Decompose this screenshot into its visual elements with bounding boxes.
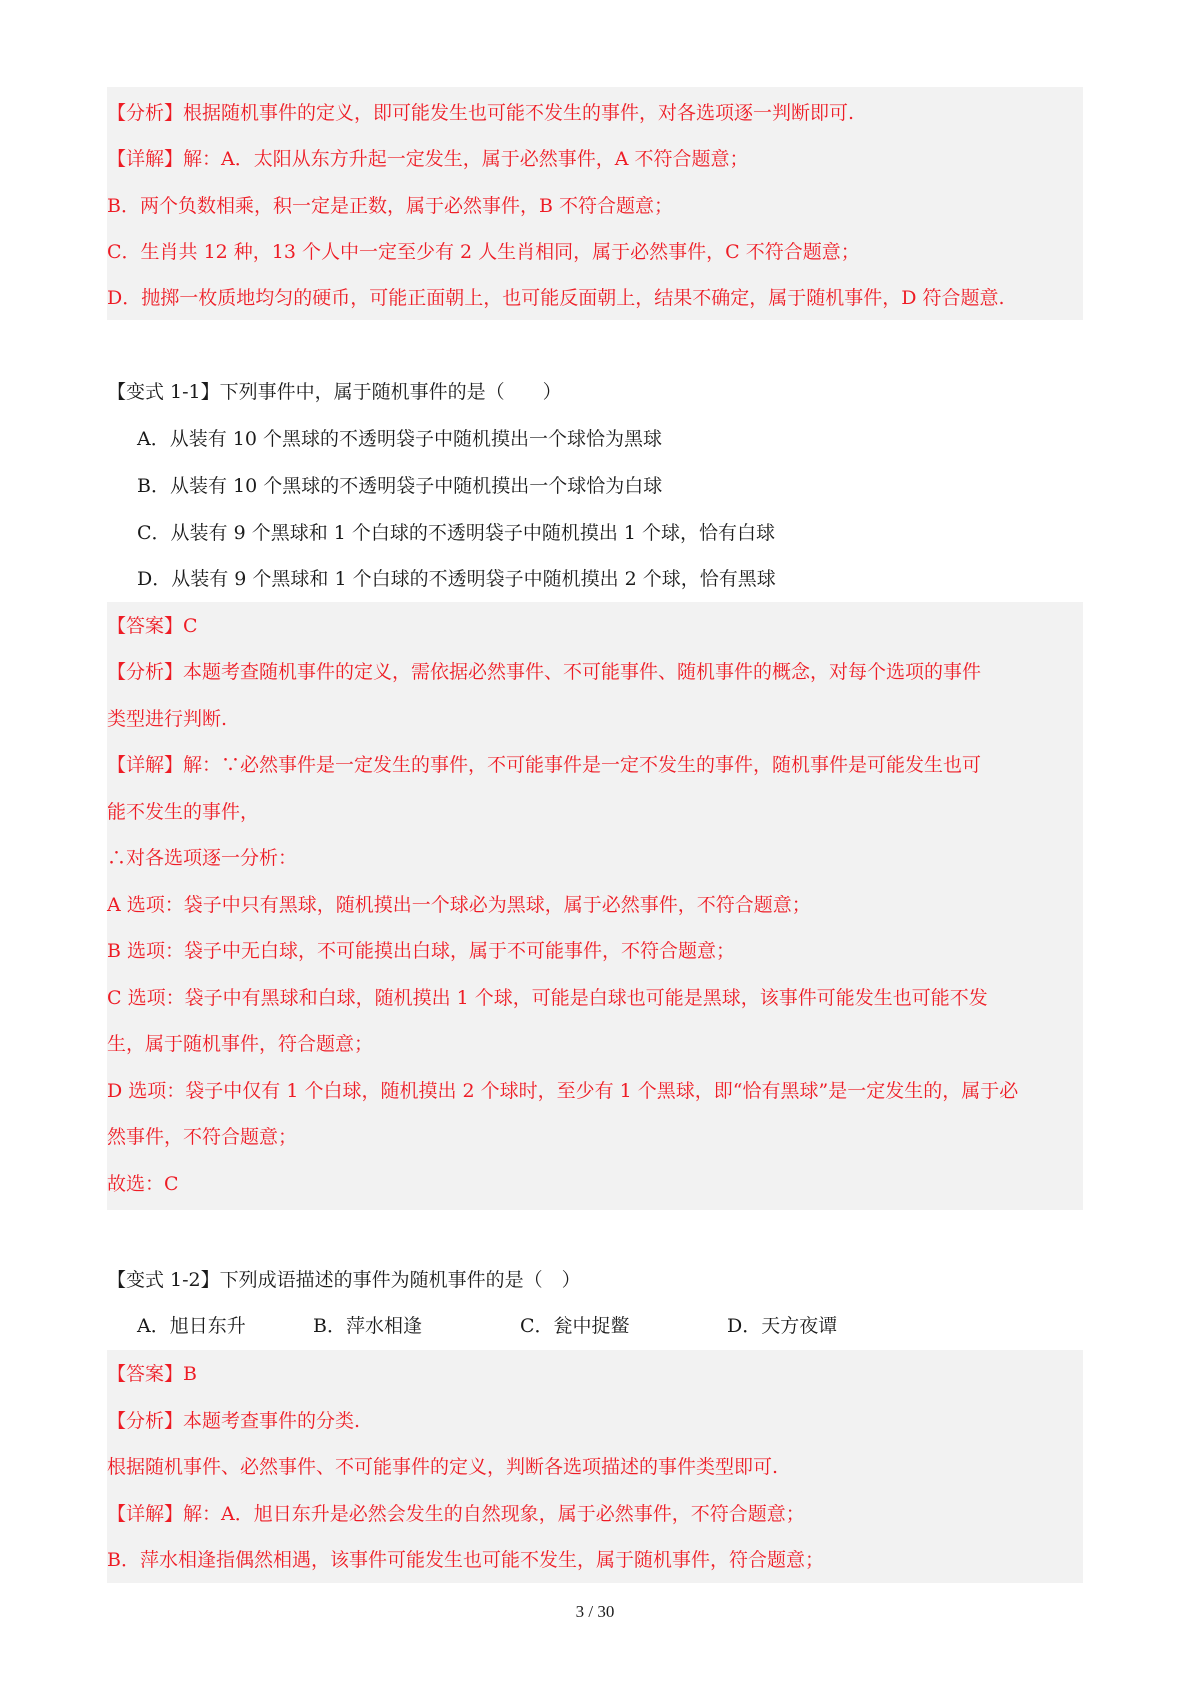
detail-line: 能不发生的事件， [107,800,259,824]
detail-line: B．萍水相逢指偶然相遇，该事件可能发生也可能不发生，属于随机事件，符合题意； [107,1548,824,1572]
option-a: A．从装有 10 个黑球的不透明袋子中随机摸出一个球恰为黑球 [137,427,662,451]
option-d: D．天方夜谭 [727,1314,837,1338]
detail-label: 【详解】 [107,1503,183,1525]
page-number: 3 / 30 [0,1602,1190,1622]
detail-line: 【详解】解：∵必然事件是一定发生的事件，不可能事件是一定不发生的事件，随机事件是… [107,753,981,777]
analysis-text: 本题考查事件的分类. [183,1410,360,1432]
detail-text: 解：A．太阳从东方升起一定发生，属于必然事件，A 不符合题意； [183,148,748,170]
analysis-line: 类型进行判断. [107,707,227,731]
analysis-label: 【分析】 [107,661,183,683]
detail-line: B．两个负数相乘，积一定是正数，属于必然事件，B 不符合题意； [107,194,673,218]
answer-label: 【答案】 [107,615,183,637]
detail-line: 然事件，不符合题意； [107,1125,297,1149]
answer-value: C [183,615,198,637]
option-c: C．从装有 9 个黑球和 1 个白球的不透明袋子中随机摸出 1 个球，恰有白球 [137,521,775,545]
detail-line: A 选项：袋子中只有黑球，随机摸出一个球必为黑球，属于必然事件，不符合题意； [107,893,811,917]
option-b: B．从装有 10 个黑球的不透明袋子中随机摸出一个球恰为白球 [137,474,662,498]
option-b: B．萍水相逢 [313,1314,422,1338]
option-d: D．从装有 9 个黑球和 1 个白球的不透明袋子中随机摸出 2 个球，恰有黑球 [137,567,776,591]
detail-line: 【详解】解：A．旭日东升是必然会发生的自然现象，属于必然事件，不符合题意； [107,1502,805,1526]
detail-line: 生，属于随机事件，符合题意； [107,1032,373,1056]
question-label: 【变式 1-2】 [107,1269,220,1291]
detail-line: C．生肖共 12 种，13 个人中一定至少有 2 人生肖相同，属于必然事件，C … [107,240,860,264]
detail-line: D 选项：袋子中仅有 1 个白球，随机摸出 2 个球时，至少有 1 个黑球，即“… [107,1079,1018,1103]
answer-line: 【答案】B [107,1362,197,1386]
detail-line: B 选项：袋子中无白球，不可能摸出白球，属于不可能事件，不符合题意； [107,939,735,963]
analysis-line: 【分析】本题考查事件的分类. [107,1409,360,1433]
analysis-line: 根据随机事件、必然事件、不可能事件的定义，判断各选项描述的事件类型即可. [107,1455,778,1479]
analysis-text: 根据随机事件的定义，即可能发生也可能不发生的事件，对各选项逐一判断即可. [183,102,854,124]
detail-line: 【详解】解：A．太阳从东方升起一定发生，属于必然事件，A 不符合题意； [107,147,749,171]
analysis-line: 【分析】本题考查随机事件的定义，需依据必然事件、不可能事件、随机事件的概念，对每… [107,660,981,684]
analysis-label: 【分析】 [107,102,183,124]
analysis-line: 【分析】根据随机事件的定义，即可能发生也可能不发生的事件，对各选项逐一判断即可. [107,101,854,125]
final-choice-line: 故选：C [107,1172,179,1196]
answer-line: 【答案】C [107,614,198,638]
detail-label: 【详解】 [107,754,183,776]
detail-line: C 选项：袋子中有黑球和白球，随机摸出 1 个球，可能是白球也可能是黑球，该事件… [107,986,988,1010]
question-label: 【变式 1-1】 [107,381,220,403]
option-a: A．旭日东升 [137,1314,246,1338]
question-1-1: 【变式 1-1】下列事件中，属于随机事件的是（ ） [107,380,562,404]
question-text: 下列成语描述的事件为随机事件的是（ ） [220,1269,581,1291]
answer-label: 【答案】 [107,1363,183,1385]
analysis-label: 【分析】 [107,1410,183,1432]
question-text: 下列事件中，属于随机事件的是（ ） [220,381,562,403]
document-page: 【分析】根据随机事件的定义，即可能发生也可能不发生的事件，对各选项逐一判断即可.… [0,0,1190,1683]
question-1-2: 【变式 1-2】下列成语描述的事件为随机事件的是（ ） [107,1268,581,1292]
detail-text: 解：∵必然事件是一定发生的事件，不可能事件是一定不发生的事件，随机事件是可能发生… [183,754,981,776]
analysis-text: 本题考查随机事件的定义，需依据必然事件、不可能事件、随机事件的概念，对每个选项的… [183,661,981,683]
answer-value: B [183,1363,197,1385]
detail-label: 【详解】 [107,148,183,170]
detail-text: 解：A．旭日东升是必然会发生的自然现象，属于必然事件，不符合题意； [183,1503,805,1525]
detail-line: D．抛掷一枚质地均匀的硬币，可能正面朝上，也可能反面朝上，结果不确定，属于随机事… [107,286,1005,310]
option-c: C．瓮中捉鳖 [520,1314,630,1338]
detail-line: ∴对各选项逐一分析： [107,846,297,870]
